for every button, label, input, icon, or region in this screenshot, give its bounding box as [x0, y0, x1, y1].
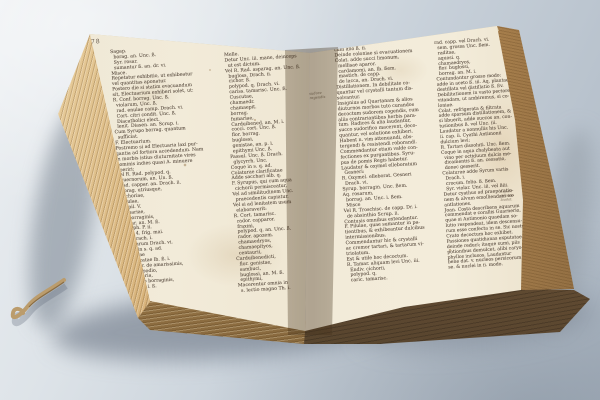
right-page-number: 279 — [475, 21, 490, 29]
leather-tie — [0, 252, 130, 352]
photo-open-antique-book: 278 LIB. II. CAP. XX. Sagap. borag. an. … — [0, 0, 600, 400]
left-running-title: LIB. II. CAP. XX. — [100, 24, 308, 45]
marginal-note-outer: Aquam dulcium laudat. — [500, 189, 524, 202]
left-page-header-row: 278 LIB. II. CAP. XX. — [86, 24, 308, 46]
leather-tie-drawing — [0, 252, 130, 352]
right-running-title: DE QUARTANA INTERMITTENTE. — [332, 23, 476, 39]
right-page-column-1: cum alio ß. ii. Deinde coloniae si evacu… — [334, 42, 447, 284]
